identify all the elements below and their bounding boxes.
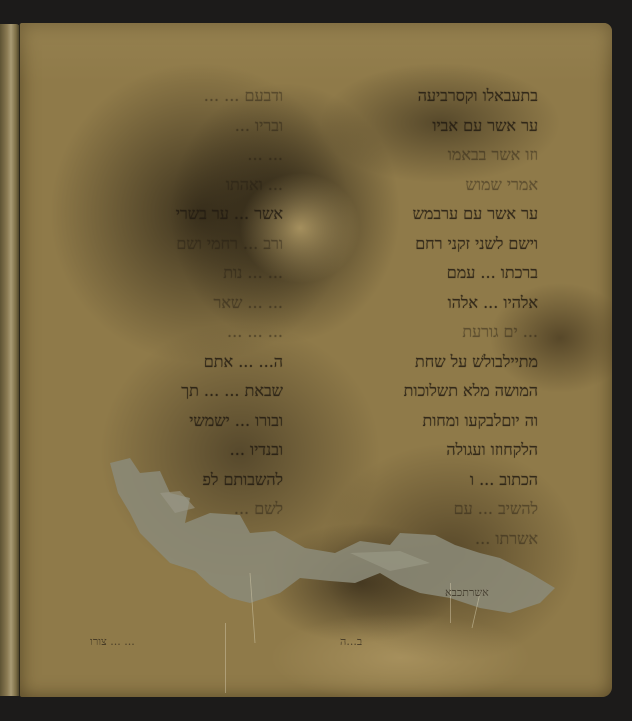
text-line: ודבעם ... ... <box>65 81 283 111</box>
text-line: ... ... שאר <box>65 288 283 318</box>
manuscript-page: בתעבאלו וקסרביעה ער אשר עם אביו וזו אשר … <box>20 23 612 697</box>
text-line: ער אשר עם אביו <box>320 111 538 141</box>
text-line: וישם לשני זקני רחם <box>320 229 538 259</box>
text-line: שבאת ... ... תך <box>65 376 283 406</box>
text-line: וזו אשר בבאמו <box>320 140 538 170</box>
text-line: ורב ... רחמי ושם <box>65 229 283 259</box>
bottom-fragment: אשרתכבא <box>445 586 489 599</box>
crack-line <box>225 623 226 693</box>
text-line: המושה מלא תשלוכות <box>320 376 538 406</box>
text-line: ובורו ... ישמשי <box>65 406 283 436</box>
text-line: אשר ... ער בשרי <box>65 199 283 229</box>
text-line: ... ... ... <box>65 317 283 347</box>
repaired-tear-patch <box>100 453 560 643</box>
text-line: ברכתו ... עמם <box>320 258 538 288</box>
text-line: ובריו ... <box>65 111 283 141</box>
light-top-edge <box>20 23 612 83</box>
adjacent-leaf-edge <box>0 24 20 696</box>
text-line: ... ... <box>65 140 283 170</box>
text-line: אלהיו ... אלהו <box>320 288 538 318</box>
text-line: ה... ... אתם <box>65 347 283 377</box>
text-line: ער אשר עם ערבמש <box>320 199 538 229</box>
text-line: ... ... נות <box>65 258 283 288</box>
text-line: בתעבאלו וקסרביעה <box>320 81 538 111</box>
bottom-text-left: ... ... צורו <box>90 635 135 648</box>
text-line: ... ואהתו <box>65 170 283 200</box>
text-line: ... ים גורעת <box>320 317 538 347</box>
text-line: אמרי שמוש <box>320 170 538 200</box>
text-line: מתיילבולשׁ על שחת <box>320 347 538 377</box>
bottom-text-right: ב...ה <box>340 635 362 648</box>
text-line: וה יוםלבקעו ומחות <box>320 406 538 436</box>
